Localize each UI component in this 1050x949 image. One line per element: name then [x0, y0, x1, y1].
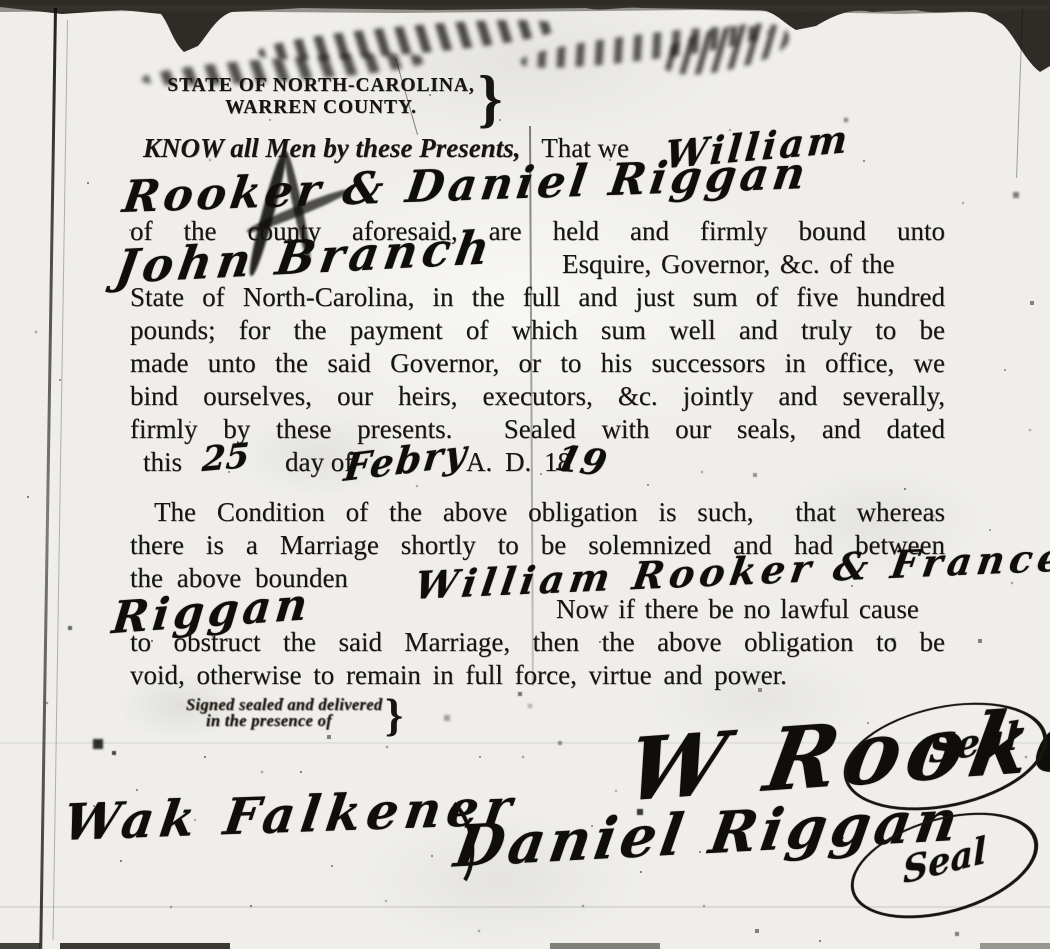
condition-line-6: void, otherwise to remain in full force,… [130, 660, 945, 691]
marriage-bond-document: STATE OF NORTH-CAROLINA, WARREN COUNTY. … [0, 0, 1050, 949]
body-line-pounds: pounds; for the payment of which sum wel… [130, 315, 945, 346]
attestation-block: Signed sealed and delivered in the prese… [186, 697, 382, 729]
handwritten-day: 25 [201, 436, 250, 480]
know-clause: KNOW all Men by these Presents, [143, 133, 521, 163]
body-line-state: State of North-Carolina, in the full and… [130, 282, 945, 313]
condition-line-5: to obstruct the said Marriage, then the … [130, 627, 945, 658]
attestation-brace: } [385, 688, 403, 741]
date-this-label: this [143, 447, 182, 478]
torn-paper-edge [0, 943, 1050, 949]
riggan-seal-text: Seal [902, 829, 987, 893]
document-header: STATE OF NORTH-CAROLINA, WARREN COUNTY. [153, 74, 489, 118]
condition-line-4-printed: Now if there be no lawful cause [556, 594, 919, 625]
header-brace: } [478, 62, 502, 137]
paper-crease [53, 20, 68, 940]
county-line: WARREN COUNTY. [153, 96, 489, 118]
body-line-made: made unto the said Governor, or to his s… [130, 348, 945, 379]
body-line-bind: bind ourselves, our heirs, executors, &c… [130, 381, 945, 412]
state-line: STATE OF NORTH-CAROLINA, [153, 74, 489, 96]
body-line-sealed: firmly by these presents. Sealed with ou… [130, 414, 945, 445]
condition-line-1: The Condition of the above obligation is… [130, 497, 945, 528]
rooker-seal-text: Seal [928, 712, 1020, 772]
body-line-esquire: Esquire, Governor, &c. of the [562, 249, 895, 280]
attestation-line-2: in the presence of [206, 713, 382, 729]
handwritten-year: 19 [551, 437, 610, 484]
torn-paper-edge [0, 0, 1050, 80]
